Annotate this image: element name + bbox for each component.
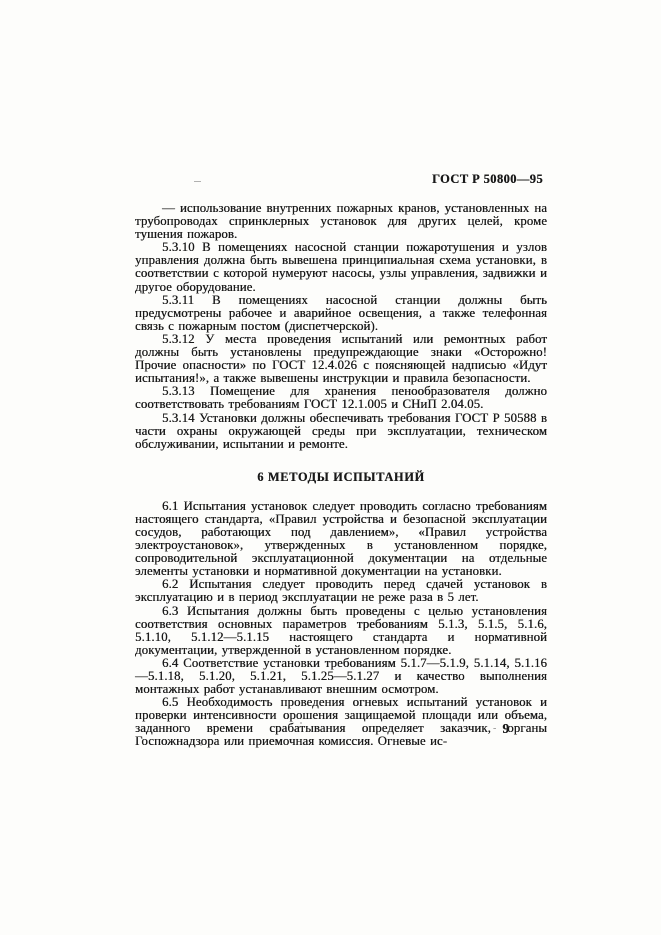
paragraph-5-3-13: 5.3.13 Помещение для хранения пенообразо… xyxy=(135,385,547,411)
paragraph-6-2: 6.2 Испытания следует проводить перед сд… xyxy=(135,578,547,604)
scanned-document-page: ГОСТ Р 50800—95 — использование внутренн… xyxy=(0,0,661,935)
paragraph-6-4: 6.4 Соответствие установки требованиям 5… xyxy=(135,657,547,696)
scan-speck xyxy=(330,742,332,744)
scan-speck xyxy=(200,744,202,746)
scan-speck xyxy=(184,726,186,728)
paragraph-5-3-11: 5.3.11 В помещениях насосной станции дол… xyxy=(135,294,547,333)
text-block: ГОСТ Р 50800—95 — использование внутренн… xyxy=(135,172,547,749)
scan-speck xyxy=(300,722,302,724)
section-6-heading: 6 МЕТОДЫ ИСПЫТАНИЙ xyxy=(135,470,547,485)
page-number-dash: - xyxy=(493,723,496,734)
paragraph-5-3-12: 5.3.12 У места проведения испытаний или … xyxy=(135,333,547,385)
paragraph-6-1: 6.1 Испытания установок следует проводит… xyxy=(135,500,547,579)
paragraph-5-3-10: 5.3.10 В помещениях насосной станции пож… xyxy=(135,241,547,293)
page-number: -9 xyxy=(493,721,509,737)
paragraph-5-3-14: 5.3.14 Установки должны обеспечивать тре… xyxy=(135,412,547,451)
page-number-value: 9 xyxy=(502,721,509,736)
paragraph-6-3: 6.3 Испытания должны быть проведены с це… xyxy=(135,605,547,657)
paragraph-6-5: 6.5 Необходимость проведения огневых исп… xyxy=(135,696,547,748)
paragraph-list-item: — использование внутренних пожарных кран… xyxy=(135,202,547,241)
scan-artifact xyxy=(194,181,201,182)
document-code-header: ГОСТ Р 50800—95 xyxy=(135,172,547,187)
